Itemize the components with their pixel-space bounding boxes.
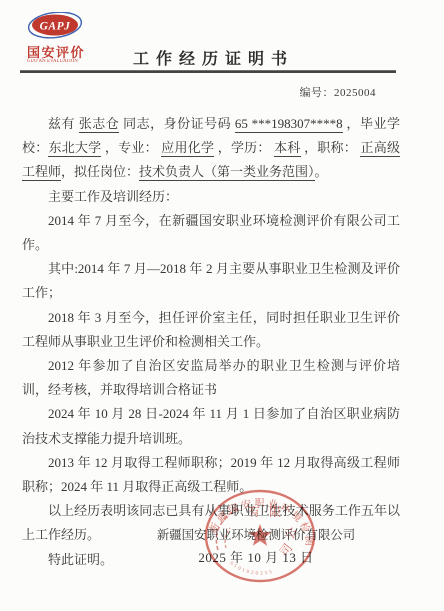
intro-text: ，职称： (301, 140, 361, 155)
issue-date: 2025 年 10 月 13 日 (150, 546, 362, 570)
intro-text: ，学历： (214, 140, 274, 155)
paragraph-work-detail-2: 2018 年 3 月至今，担任评价室主任，同时担任职业卫生评价工程师从事职业卫生… (22, 306, 400, 354)
paragraph-work-detail-1: 其中:2014 年 7 月—2018 年 2 月主要从事职业卫生检测及评价工作； (22, 257, 400, 305)
paragraph-training-2012: 2012 年参加了自治区安监局举办的职业卫生检测与评价培训，经考核，并取得培训合… (22, 354, 400, 402)
paragraph-training-2024: 2024 年 10 月 28 日-2024 年 11 月 1 日参加了自治区职业… (22, 402, 400, 450)
certificate-body: 兹有 张志仓 同志，身份证号码 65 ***198307****8 ，毕业学校：… (22, 112, 400, 572)
intro-text: 。 (315, 164, 328, 179)
intro-text: 同志，身份证号码 (119, 116, 235, 131)
document-number-label: 编号： (300, 87, 335, 99)
paragraph-work-2014: 2014 年 7 月至今，在新疆国安职业环境检测评价有限公司工作。 (22, 209, 400, 257)
issuing-company: 新疆国安职业环境检测评价有限公司 (150, 524, 362, 546)
proposed-position: 技术负责人（第一类业务范围） (139, 164, 315, 181)
school-name: 东北大学 (48, 140, 101, 157)
paragraph-titles-history: 2013 年 12 月取得工程师职称；2019 年 12 月取得高级工程师职称；… (22, 451, 400, 499)
document-number: 编号：2025004 (300, 84, 377, 100)
signature-block: 新疆国安职业环境检测评价有限公司 2025 年 10 月 13 日 (150, 524, 362, 570)
id-number: 65 ***198307****8 (235, 116, 343, 133)
document-number-value: 2025004 (334, 87, 376, 99)
degree-name: 本科 (274, 140, 300, 157)
certificate-page: GAPJ 国安评价 GUO AN EVALUATION 工作经历证明书 编号：2… (0, 0, 444, 611)
logo-abbr: GAPJ (40, 21, 72, 33)
intro-text: ，专业： (101, 140, 161, 155)
intro-text: ，拟任岗位： (61, 164, 139, 179)
logo-gapj-badge-icon: GAPJ (27, 12, 85, 40)
intro-text: 兹有 (48, 116, 79, 131)
intro-paragraph: 兹有 张志仓 同志，身份证号码 65 ***198307****8 ，毕业学校：… (22, 112, 400, 185)
paragraph-experience-heading: 主要工作及培训经历： (22, 185, 400, 209)
person-name: 张志仓 (79, 116, 120, 133)
header-divider (20, 70, 396, 73)
major-name: 应用化学 (161, 140, 214, 157)
document-title: 工作经历证明书 (22, 46, 398, 69)
